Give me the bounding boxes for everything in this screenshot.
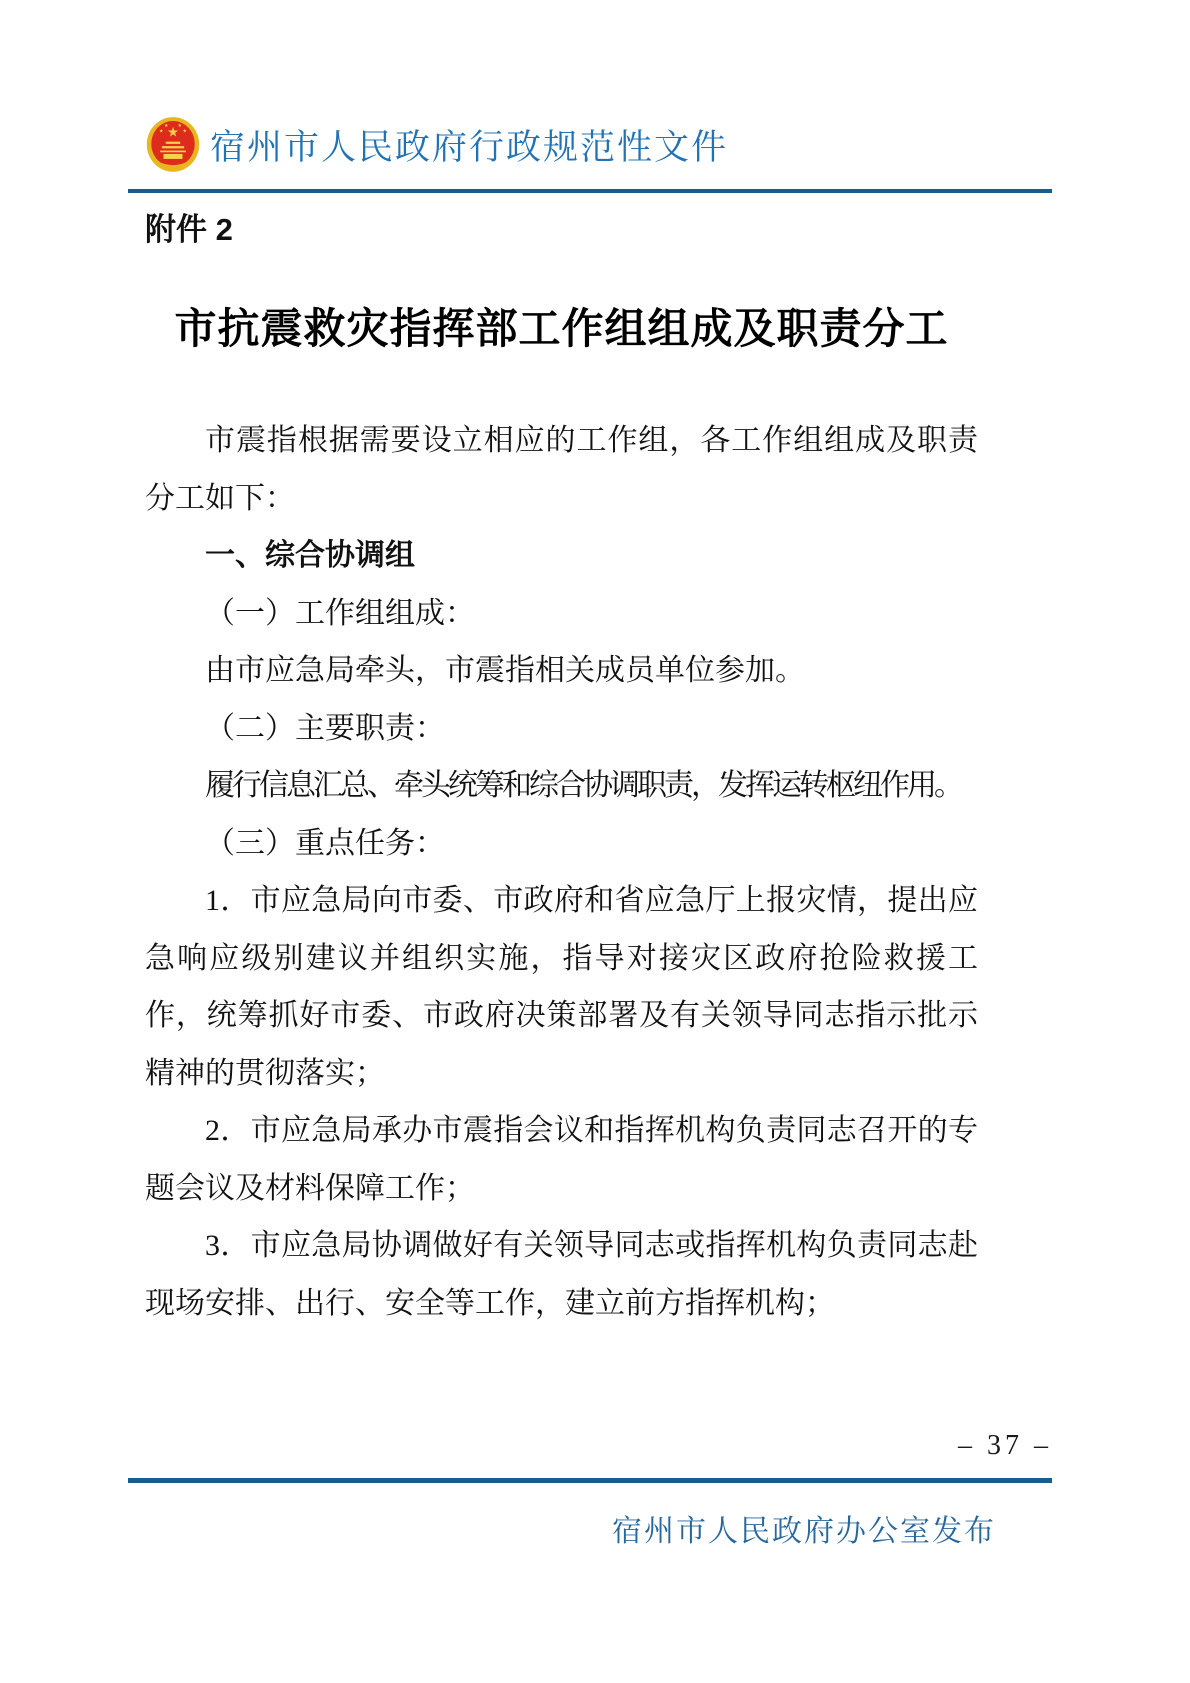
paragraph: 1．市应急局向市委、市政府和省应急厅上报灾情，提出应急响应级别建议并组织实施，指…	[145, 872, 978, 1102]
attachment-label: 附件 2	[145, 204, 233, 249]
publisher-line: 宿州市人民政府办公室发布	[612, 1506, 996, 1550]
svg-text:★: ★	[182, 129, 187, 135]
svg-text:★: ★	[159, 129, 164, 135]
svg-text:★: ★	[177, 123, 182, 129]
document-page: ★ ★ ★ ★ ★ 宿州市人民政府行政规范性文件 附件 2 市抗震救灾指挥部工作…	[0, 0, 1190, 1683]
paragraph: 2．市应急局承办市震指会议和指挥机构负责同志召开的专题会议及材料保障工作；	[145, 1102, 978, 1217]
section-heading: 一、综合协调组	[145, 527, 978, 585]
paragraph: 市震指根据需要设立相应的工作组，各工作组组成及职责分工如下：	[145, 412, 978, 527]
svg-text:★: ★	[164, 123, 169, 129]
china-national-emblem-icon: ★ ★ ★ ★ ★	[145, 116, 201, 174]
paragraph: 3．市应急局协调做好有关领导同志或指挥机构负责同志赴现场安排、出行、安全等工作，…	[145, 1217, 978, 1332]
sub-heading: （一）工作组组成：	[145, 585, 978, 643]
site-title: 宿州市人民政府行政规范性文件	[210, 120, 728, 170]
paragraph: 履行信息汇总、牵头统筹和综合协调职责，发挥运转枢纽作用。	[145, 757, 978, 815]
header-divider	[128, 189, 1052, 193]
page-number: – 37 –	[958, 1430, 1052, 1462]
document-body: 市震指根据需要设立相应的工作组，各工作组组成及职责分工如下： 一、综合协调组 （…	[145, 412, 978, 1332]
page-header: ★ ★ ★ ★ ★ 宿州市人民政府行政规范性文件	[145, 116, 728, 174]
footer-divider	[128, 1478, 1052, 1483]
document-title: 市抗震救灾指挥部工作组组成及职责分工	[145, 296, 978, 356]
sub-heading: （三）重点任务：	[145, 815, 978, 873]
sub-heading: （二）主要职责：	[145, 700, 978, 758]
paragraph: 由市应急局牵头，市震指相关成员单位参加。	[145, 642, 978, 700]
